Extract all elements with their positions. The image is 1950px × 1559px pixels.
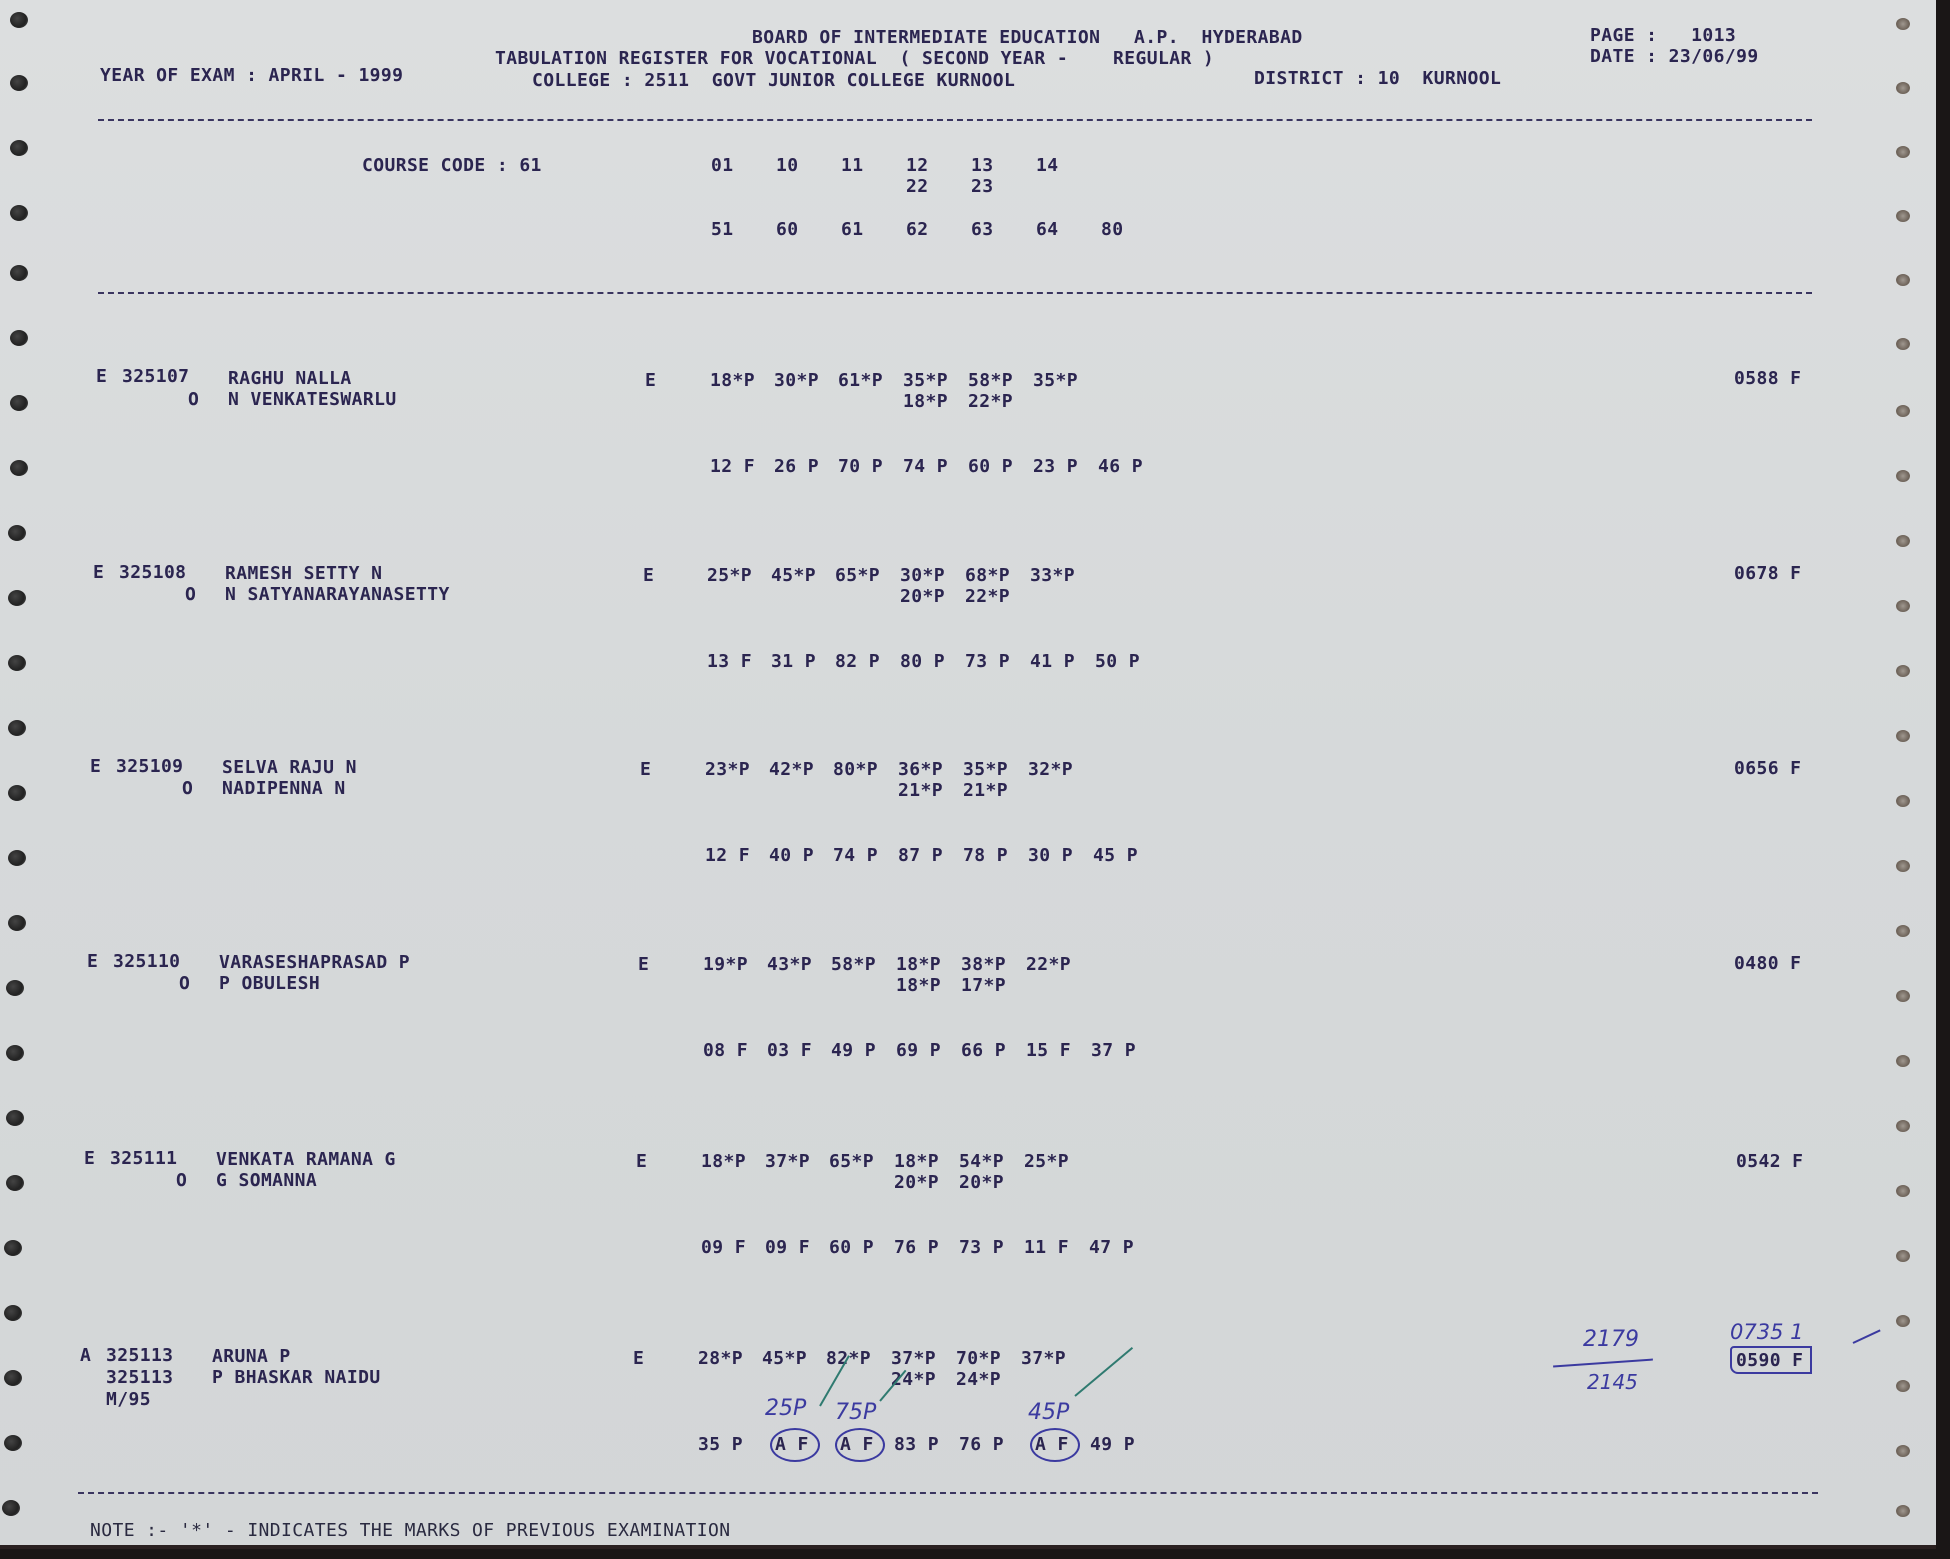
medium: E	[645, 371, 656, 391]
print-date: DATE : 23/06/99	[1590, 47, 1759, 67]
subject-code: 61	[841, 220, 863, 240]
correction-note: 75P	[835, 1400, 876, 1425]
subject-code: 11	[841, 156, 863, 176]
result-status: E	[96, 367, 107, 387]
mark: 54*P	[959, 1152, 1004, 1172]
prefix-code: O	[185, 585, 196, 605]
mark: 45*P	[771, 566, 816, 586]
mark: 37 P	[1091, 1041, 1136, 1061]
prefix-code: O	[182, 779, 193, 799]
mark: 33*P	[1030, 566, 1075, 586]
prefix-code: O	[179, 974, 190, 994]
mark: 60 P	[968, 457, 1013, 477]
tabulation-register-sheet: BOARD OF INTERMEDIATE EDUCATION A.P. HYD…	[0, 0, 1936, 1549]
mark: 28*P	[698, 1349, 743, 1369]
fraction-line	[1553, 1359, 1653, 1368]
mark: 41 P	[1030, 652, 1075, 672]
course-code-label: COURSE CODE : 61	[362, 156, 542, 176]
mark: 38*P	[961, 955, 1006, 975]
registration-number: 325110	[113, 952, 180, 972]
student-name: RAGHU NALLA	[228, 369, 352, 389]
medium: E	[640, 760, 651, 780]
mark: 42*P	[769, 760, 814, 780]
mark: 43*P	[767, 955, 812, 975]
total-box	[1730, 1346, 1812, 1374]
mark: 50 P	[1095, 652, 1140, 672]
mark: 68*P	[965, 566, 1010, 586]
mark: 35*P	[963, 760, 1008, 780]
mark: 26 P	[774, 457, 819, 477]
mark: 73 P	[959, 1238, 1004, 1258]
mark: 18*P	[896, 955, 941, 975]
mark: 37*P	[765, 1152, 810, 1172]
total-marks: 0588 F	[1734, 369, 1801, 389]
father-name: P BHASKAR NAIDU	[212, 1368, 381, 1388]
result-status: E	[93, 563, 104, 583]
registration-number: 325109	[116, 757, 183, 777]
mark: 83 P	[894, 1435, 939, 1455]
student-name: RAMESH SETTY N	[225, 564, 382, 584]
mark: 74 P	[833, 846, 878, 866]
college-info: COLLEGE : 2511 GOVT JUNIOR COLLEGE KURNO…	[532, 71, 1015, 91]
mark: 65*P	[835, 566, 880, 586]
mark: 12 F	[710, 457, 755, 477]
mark: 37*P	[891, 1349, 936, 1369]
mark: 19*P	[703, 955, 748, 975]
subject-code: 51	[711, 220, 733, 240]
footer-note: NOTE :- '*' - INDICATES THE MARKS OF PRE…	[90, 1521, 731, 1541]
subject-code: 14	[1036, 156, 1058, 176]
mark: 24*P	[956, 1370, 1001, 1390]
mark: 46 P	[1098, 457, 1143, 477]
total-marks: 0656 F	[1734, 759, 1801, 779]
mark: 08 F	[703, 1041, 748, 1061]
handwritten-total-top: 2179	[1583, 1327, 1639, 1352]
mark: 61*P	[838, 371, 883, 391]
circle-mark	[1030, 1428, 1080, 1462]
mark: 73 P	[965, 652, 1010, 672]
mark: 45 P	[1093, 846, 1138, 866]
medium: E	[643, 566, 654, 586]
mark: 35 P	[698, 1435, 743, 1455]
mark: 30*P	[774, 371, 819, 391]
mark: 09 F	[701, 1238, 746, 1258]
mark: 25*P	[707, 566, 752, 586]
mark: 20*P	[894, 1173, 939, 1193]
board-title: BOARD OF INTERMEDIATE EDUCATION A.P. HYD…	[752, 28, 1303, 48]
mark: 35*P	[1033, 371, 1078, 391]
mark: 76 P	[959, 1435, 1004, 1455]
mark: 20*P	[959, 1173, 1004, 1193]
mark: 31 P	[771, 652, 816, 672]
subject-code: 12	[906, 156, 928, 176]
mark: 30 P	[1028, 846, 1073, 866]
registration-number: 325107	[122, 367, 189, 387]
check-mark-icon	[1074, 1347, 1133, 1397]
mark: 70*P	[956, 1349, 1001, 1369]
father-name: N VENKATESWARLU	[228, 390, 397, 410]
mark: 18*P	[710, 371, 755, 391]
subject-code: 01	[711, 156, 733, 176]
registration-number: 325113	[106, 1346, 173, 1366]
mark: 25*P	[1024, 1152, 1069, 1172]
subject-code: 62	[906, 220, 928, 240]
subject-code: 64	[1036, 220, 1058, 240]
mark: 03 F	[767, 1041, 812, 1061]
subject-code: 23	[971, 177, 993, 197]
mark: 49 P	[831, 1041, 876, 1061]
mark: 80*P	[833, 760, 878, 780]
mark: 87 P	[898, 846, 943, 866]
mark: 09 F	[765, 1238, 810, 1258]
mark: 66 P	[961, 1041, 1006, 1061]
mark: 58*P	[968, 371, 1013, 391]
mark: 15 F	[1026, 1041, 1071, 1061]
circle-mark	[770, 1428, 820, 1462]
student-name: VARASESHAPRASAD P	[219, 953, 410, 973]
father-name: NADIPENNA N	[222, 779, 346, 799]
mark: 58*P	[831, 955, 876, 975]
divider	[78, 1492, 1818, 1494]
mark: 23*P	[705, 760, 750, 780]
mark: 47 P	[1089, 1238, 1134, 1258]
subject-code: 80	[1101, 220, 1123, 240]
mark: 70 P	[838, 457, 883, 477]
divider	[98, 292, 1812, 294]
register-title: TABULATION REGISTER FOR VOCATIONAL ( SEC…	[495, 49, 1214, 69]
mark: 22*P	[965, 587, 1010, 607]
prefix-code: O	[176, 1171, 187, 1191]
mark: 36*P	[898, 760, 943, 780]
previous-exam-code: M/95	[106, 1390, 151, 1410]
mark: 18*P	[701, 1152, 746, 1172]
mark: 65*P	[829, 1152, 874, 1172]
mark: 82 P	[835, 652, 880, 672]
mark: 78 P	[963, 846, 1008, 866]
mark: 40 P	[769, 846, 814, 866]
medium: E	[633, 1349, 644, 1369]
mark: 80 P	[900, 652, 945, 672]
student-name: VENKATA RAMANA G	[216, 1150, 396, 1170]
father-name: G SOMANNA	[216, 1171, 317, 1191]
result-status: A	[80, 1346, 91, 1366]
mark: 12 F	[705, 846, 750, 866]
medium: E	[638, 955, 649, 975]
mark: 20*P	[900, 587, 945, 607]
father-name: N SATYANARAYANASETTY	[225, 585, 450, 605]
correction-note: 45P	[1028, 1400, 1069, 1425]
mark: 30*P	[900, 566, 945, 586]
correction-note: 25P	[765, 1396, 806, 1421]
mark: 18*P	[894, 1152, 939, 1172]
mark: 22*P	[968, 392, 1013, 412]
mark: 23 P	[1033, 457, 1078, 477]
circle-mark	[835, 1428, 885, 1462]
subject-code: 10	[776, 156, 798, 176]
total-marks: 0480 F	[1734, 954, 1801, 974]
mark: 74 P	[903, 457, 948, 477]
result-status: E	[87, 952, 98, 972]
page-number: PAGE : 1013	[1590, 26, 1736, 46]
subject-code: 13	[971, 156, 993, 176]
mark: 49 P	[1090, 1435, 1135, 1455]
mark: 76 P	[894, 1238, 939, 1258]
result-status: E	[90, 757, 101, 777]
divider	[98, 119, 1812, 121]
mark: 18*P	[903, 392, 948, 412]
mark: 13 F	[707, 652, 752, 672]
subject-code: 22	[906, 177, 928, 197]
mark: 69 P	[896, 1041, 941, 1061]
mark: 35*P	[903, 371, 948, 391]
mark: 21*P	[898, 781, 943, 801]
father-name: P OBULESH	[219, 974, 320, 994]
mark: 11 F	[1024, 1238, 1069, 1258]
registration-number: 325108	[119, 563, 186, 583]
mark: 37*P	[1021, 1349, 1066, 1369]
mark: 21*P	[963, 781, 1008, 801]
prefix-code: 325113	[106, 1368, 173, 1388]
handwritten-total-bottom: 2145	[1587, 1370, 1638, 1394]
registration-number: 325111	[110, 1149, 177, 1169]
mark: 45*P	[762, 1349, 807, 1369]
revised-total-note: 0735 1	[1730, 1320, 1803, 1344]
total-marks: 0542 F	[1736, 1152, 1803, 1172]
result-status: E	[84, 1149, 95, 1169]
prefix-code: O	[188, 390, 199, 410]
mark: 18*P	[896, 976, 941, 996]
medium: E	[636, 1152, 647, 1172]
student-name: SELVA RAJU N	[222, 758, 357, 778]
subject-code: 63	[971, 220, 993, 240]
mark: 32*P	[1028, 760, 1073, 780]
district-info: DISTRICT : 10 KURNOOL	[1254, 69, 1501, 89]
subject-code: 60	[776, 220, 798, 240]
mark: 17*P	[961, 976, 1006, 996]
mark: 22*P	[1026, 955, 1071, 975]
mark: 60 P	[829, 1238, 874, 1258]
mark: 82*P	[826, 1349, 871, 1369]
total-marks: 0678 F	[1734, 564, 1801, 584]
student-name: ARUNA P	[212, 1347, 291, 1367]
year-of-exam: YEAR OF EXAM : APRIL - 1999	[100, 66, 403, 86]
check-mark-icon	[1853, 1329, 1881, 1343]
